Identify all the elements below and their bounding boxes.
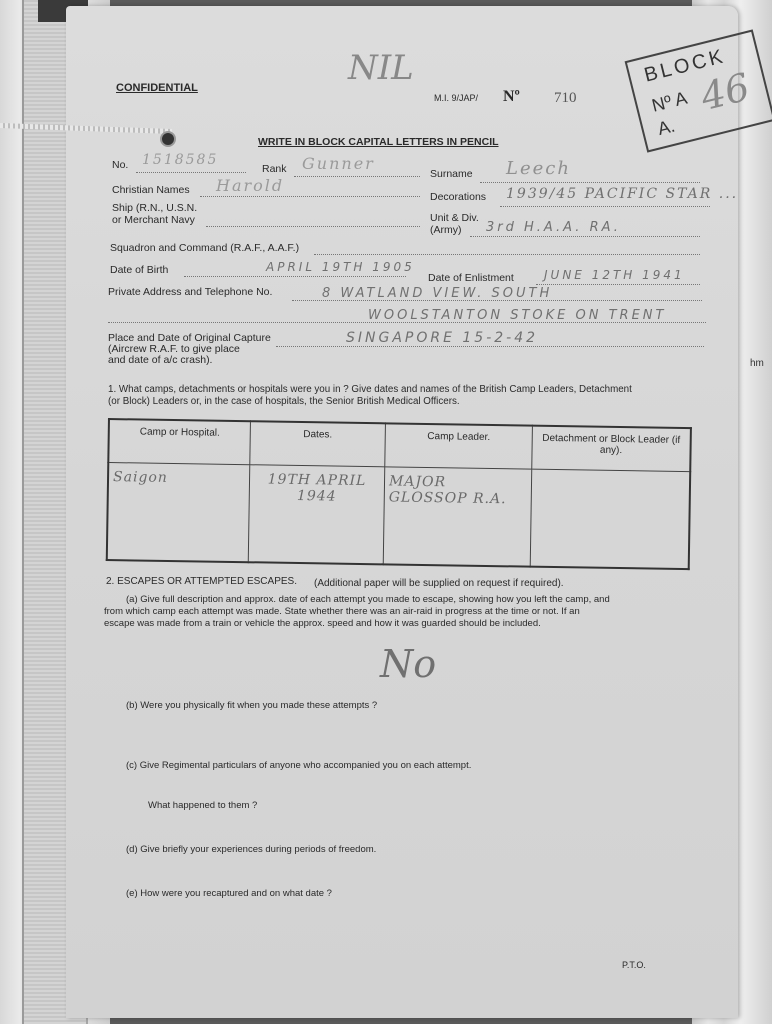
dob-value[interactable]: APRIL 19TH 1905 (266, 260, 415, 274)
squadron-line (314, 254, 700, 255)
decorations-value[interactable]: 1939/45 PACIFIC STAR ... (506, 186, 738, 202)
decorations-label: Decorations (430, 191, 486, 203)
rank-line (294, 176, 420, 177)
cell-dates[interactable]: 19TH APRIL 1944 (248, 465, 385, 565)
pto-label: P.T.O. (622, 960, 646, 970)
unit-line (470, 236, 700, 237)
section2-note: (Additional paper will be supplied on re… (314, 578, 564, 589)
header-detachment-leader: Detachment or Block Leader (if any). (532, 426, 691, 472)
christian-names-label: Christian Names (112, 184, 190, 196)
no-label: No. (112, 159, 128, 171)
surname-label: Surname (430, 168, 473, 180)
section1-question-line2: (or Block) Leaders or, in the case of ho… (108, 396, 460, 407)
enlistment-label: Date of Enlistment (428, 272, 514, 284)
capture-label-3: and date of a/c crash). (108, 354, 212, 366)
rank-value[interactable]: Gunner (302, 154, 375, 173)
form-ref: M.I. 9/JAP/ (434, 93, 478, 103)
camps-table: Camp or Hospital. Dates. Camp Leader. De… (106, 418, 692, 570)
section2-c: (c) Give Regimental particulars of anyon… (126, 760, 471, 771)
enlistment-value[interactable]: JUNE 12TH 1941 (544, 268, 685, 282)
address-value-1[interactable]: 8 WATLAND VIEW. SOUTH (322, 286, 552, 301)
capture-line (276, 346, 704, 347)
cell-camp-leader[interactable]: MAJOR GLOSSOP R.A. (383, 467, 532, 567)
stamp-line3: A. (656, 115, 678, 139)
unit-label-2: (Army) (430, 224, 462, 236)
eyelet-hole (160, 131, 176, 147)
header-camp: Camp or Hospital. (108, 419, 250, 465)
surname-value[interactable]: Leech (506, 158, 571, 179)
rank-label: Rank (262, 163, 287, 175)
unit-label-1: Unit & Div. (430, 212, 479, 224)
dob-line (184, 276, 406, 277)
christian-names-line (200, 196, 420, 197)
stamp-line2: Nº A (650, 88, 690, 117)
address-value-2[interactable]: WOOLSTANTON STOKE ON TRENT (368, 308, 666, 323)
enlistment-line (536, 284, 700, 285)
nil-annotation: NIL (348, 48, 414, 88)
unit-value[interactable]: 3rd H.A.A. RA. (486, 220, 621, 235)
section2-e: (e) How were you recaptured and on what … (126, 888, 332, 899)
section2-a-line3: escape was made from a train or vehicle … (104, 618, 541, 629)
section2-d: (d) Give briefly your experiences during… (126, 844, 376, 855)
header-camp-leader: Camp Leader. (385, 423, 533, 469)
underlying-page-text: hm (750, 358, 764, 369)
serial-number: 710 (554, 90, 577, 107)
no-line (136, 172, 246, 173)
cell-camp[interactable]: Saigon (107, 463, 250, 563)
section2-a-line1: (a) Give full description and approx. da… (126, 594, 610, 605)
ship-label-1: Ship (R.N., U.S.N. (112, 202, 197, 214)
decorations-line (500, 206, 710, 207)
section2-b: (b) Were you physically fit when you mad… (126, 700, 377, 711)
header-dates: Dates. (250, 421, 386, 467)
ship-line (206, 226, 420, 227)
ship-label-2: or Merchant Navy (112, 214, 195, 226)
table-row: Saigon 19TH APRIL 1944 MAJOR GLOSSOP R.A… (107, 463, 690, 570)
section1-question-line1: 1. What camps, detachments or hospitals … (108, 384, 632, 395)
section2-title: 2. ESCAPES OR ATTEMPTED ESCAPES. (106, 576, 297, 587)
dob-label: Date of Birth (110, 264, 168, 276)
capture-value[interactable]: SINGAPORE 15-2-42 (346, 330, 538, 346)
cell-detachment-leader[interactable] (530, 469, 690, 569)
confidential-label: CONFIDENTIAL (116, 82, 198, 94)
instruction-heading: WRITE IN BLOCK CAPITAL LETTERS IN PENCIL (258, 136, 499, 148)
address-label: Private Address and Telephone No. (108, 286, 272, 298)
escape-answer[interactable]: No (380, 642, 436, 686)
no-label: Nº (503, 88, 520, 106)
section2-a-line2: from which camp each attempt was made. S… (104, 606, 580, 617)
squadron-label: Squadron and Command (R.A.F., A.A.F.) (110, 242, 299, 254)
section2-c-followup: What happened to them ? (148, 800, 257, 811)
no-value[interactable]: 1518585 (142, 152, 218, 168)
christian-names-value[interactable]: Harold (216, 176, 284, 195)
surname-line (480, 182, 700, 183)
